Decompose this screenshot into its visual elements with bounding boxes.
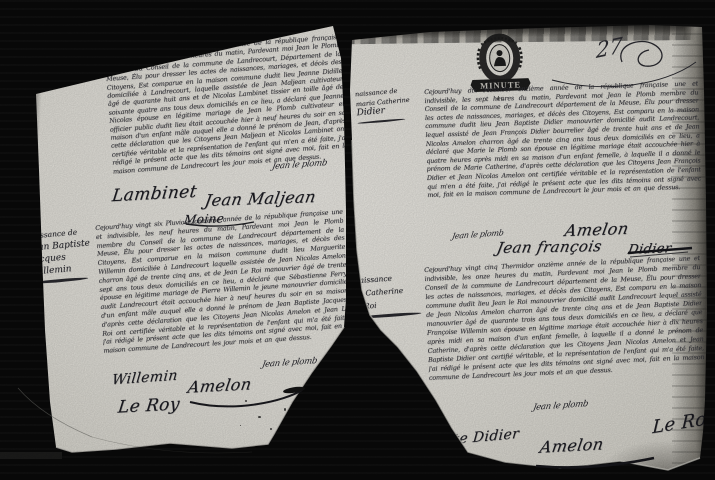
- margin-note-line: le Roi: [354, 296, 421, 314]
- margin-note-act1-right: naissance de maria Catherine Didier: [355, 86, 412, 124]
- signature: Lambinet: [111, 182, 198, 207]
- flourish-underline: [50, 74, 112, 85]
- margin-note-line: Willemin: [31, 261, 93, 278]
- folio-number: 27: [596, 33, 623, 63]
- left-page-left-edge-shadow: [14, 88, 42, 456]
- ink-speck: [284, 408, 286, 411]
- margin-note-line: naissance de: [47, 50, 118, 70]
- right-page-corner-shadow: [600, 440, 710, 480]
- margin-note-act2-left: naissance de Jean Baptiste Jacques Wille…: [28, 225, 93, 284]
- ink-speck: [240, 425, 241, 426]
- signature: Amelon: [539, 434, 606, 457]
- act-body-text: Cejourd'huy dix Messidor onzième année d…: [424, 79, 702, 228]
- signature: Amelon: [187, 374, 254, 397]
- signature: J. Bte Didier: [427, 426, 519, 450]
- ink-speck: [270, 428, 272, 430]
- signature: Le Roy: [117, 394, 181, 417]
- act-body-text: Cejourd'huy quinze Brumaire onzième anné…: [104, 33, 349, 176]
- ink-speck: [258, 416, 261, 418]
- ink-speck: [298, 388, 301, 390]
- signature: Willemin: [111, 368, 178, 389]
- flourish-underline: [32, 277, 88, 285]
- margin-note-act2-right: Naissance de Catherine le Roi: [353, 270, 422, 319]
- act-body-text: Cejourd'huy vingt cinq Thermidor onzième…: [424, 254, 706, 408]
- ink-speck: [245, 400, 247, 402]
- signature: Jean françois: [495, 237, 603, 257]
- scanned-register-spread: naissance de Jean le S. Proul Cejourd'hu…: [0, 0, 715, 480]
- signature: Jean Maljean: [203, 187, 317, 210]
- flourish-underline: [355, 312, 421, 320]
- margin-note-line: Didier: [356, 105, 411, 119]
- scanner-bed-mark: [0, 452, 62, 459]
- officer-signature: Jean le plomb: [451, 228, 504, 241]
- flourish-underline: [357, 118, 405, 124]
